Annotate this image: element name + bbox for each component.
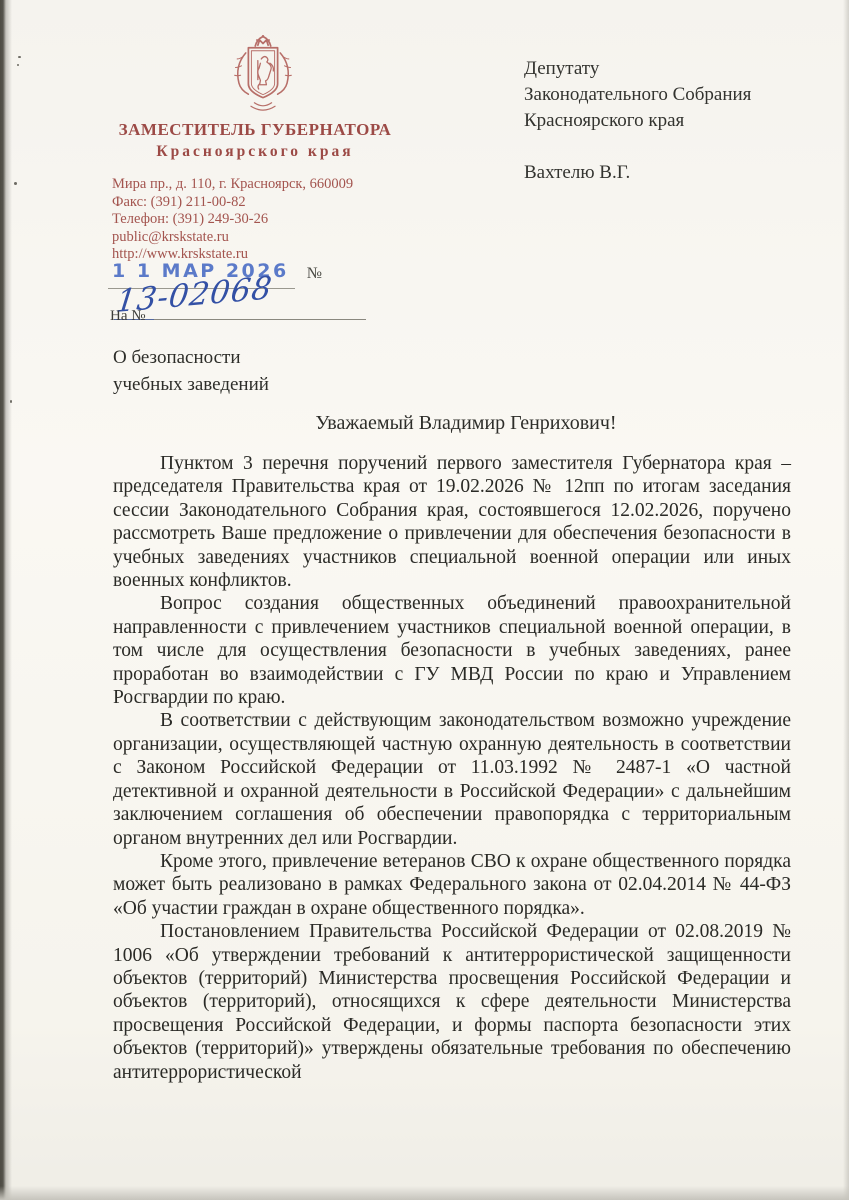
body-paragraph: Вопрос создания общественных объединений…: [113, 592, 791, 709]
scan-speck: [10, 400, 12, 403]
fax-line: Факс: (391) 211-00-82: [112, 194, 353, 212]
org-title: ЗАМЕСТИТЕЛЬ ГУБЕРНАТОРА: [100, 120, 410, 140]
recipient-line-1: Депутату: [524, 56, 751, 82]
body-paragraph: Кроме этого, привлечение ветеранов СВО к…: [113, 850, 791, 920]
subject-line-1: О безопасности: [113, 344, 269, 371]
phone-line: Телефон: (391) 249-30-26: [112, 211, 353, 229]
reference-label: На №: [110, 308, 146, 324]
scan-edge-left: [0, 0, 12, 1200]
recipient-line-3: Красноярского края: [524, 108, 751, 134]
recipient-name: Вахтелю В.Г.: [524, 160, 751, 186]
address-line: Мира пр., д. 110, г. Красноярск, 660009: [112, 176, 353, 194]
recipient-block: Депутату Законодательного Собрания Красн…: [524, 56, 751, 186]
coat-of-arms-icon: [220, 34, 306, 120]
subject-block: О безопасности учебных заведений: [113, 344, 269, 398]
scan-speck: [18, 56, 21, 58]
email-line: public@krskstate.ru: [112, 229, 353, 247]
letter-body: Пунктом 3 перечня поручений первого заме…: [113, 452, 791, 1084]
body-paragraph: Постановлением Правительства Российской …: [113, 920, 791, 1084]
reference-number-row: На №: [110, 305, 366, 325]
contact-block: Мира пр., д. 110, г. Красноярск, 660009 …: [112, 176, 353, 264]
number-sign: №: [307, 265, 322, 289]
subject-line-2: учебных заведений: [113, 371, 269, 398]
scan-speck: [17, 64, 19, 66]
body-paragraph: В соответствии с действующим законодател…: [113, 709, 791, 849]
reference-number-field: [154, 305, 366, 320]
scan-speck: [14, 182, 17, 185]
salutation: Уважаемый Владимир Генрихович!: [127, 412, 805, 435]
scanned-letter-page: ЗАМЕСТИТЕЛЬ ГУБЕРНАТОРА Красноярского кр…: [0, 0, 849, 1200]
scan-edge-bottom: [0, 1186, 849, 1200]
body-paragraph: Пунктом 3 перечня поручений первого заме…: [113, 452, 791, 592]
recipient-line-2: Законодательного Собрания: [524, 82, 751, 108]
scan-edge-right: [843, 0, 849, 1200]
registration-row: 1 1 МАР 2026№13-02068: [108, 258, 468, 300]
org-subtitle: Красноярского края: [100, 143, 410, 161]
